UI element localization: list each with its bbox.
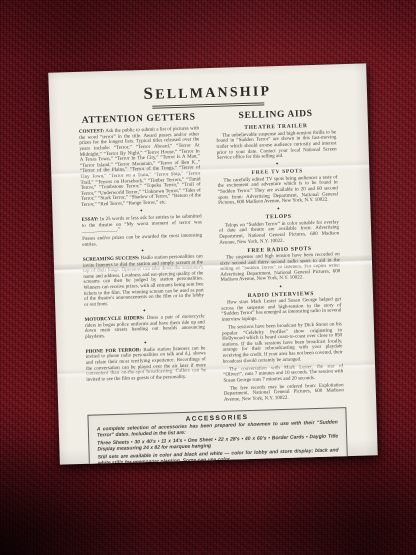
heading-attention-getters: ATTENTION GETTERS [79, 113, 199, 127]
screaming-success-paragraph: SCREAMING SUCCESS: Radio station persona… [83, 254, 204, 308]
page-title: SELLMANSHIP [78, 79, 337, 105]
red-fabric-background: SELLMANSHIP ATTENTION GETTERS CONTEST: A… [0, 0, 416, 555]
essay-note: Passes and/or prizes can be awarded the … [82, 234, 202, 249]
motorcycle-riders-paragraph: MOTORCYCLE RIDERS: Dress a pair of motor… [85, 314, 206, 340]
radio-interviews-paragraph: How stars Mark Lester and Susan George h… [221, 297, 342, 323]
telops-paragraph: Telops on “Sudden Terror” in color suita… [219, 220, 340, 246]
content-columns: ATTENTION GETTERS CONTEST: Ask the publi… [79, 109, 347, 410]
attention-getters-column: ATTENTION GETTERS CONTEST: Ask the publi… [79, 113, 208, 410]
essay-text: In 25 words or less ask for entries to b… [82, 214, 202, 234]
radio-interviews-paragraph: The sessions have been broadcast by Dick… [222, 322, 343, 365]
radio-interviews-paragraph: The free records may be ordered from: Ex… [224, 383, 344, 403]
free-radio-spots-paragraph: The suspense and high tension have been … [220, 252, 341, 284]
contest-text: Ask the public to submit a list of pictu… [79, 127, 201, 208]
page-content: SELLMANSHIP ATTENTION GETTERS CONTEST: A… [48, 63, 377, 464]
contest-paragraph: CONTEST: Ask the public to submit a list… [79, 127, 201, 209]
title-rule [152, 102, 264, 109]
accessories-order-line: Order from your nearest National Screen … [98, 463, 339, 465]
theatre-trailer-paragraph: The unbelievable suspense and high-tensi… [216, 130, 337, 162]
radio-interviews-paragraph: The conversation with Mark Lester, the s… [223, 364, 343, 384]
accessories-box: ACCESSORIES A complete selection of acce… [87, 407, 348, 464]
screaming-success-text: Radio station personalities can invite l… [83, 254, 204, 307]
free-tv-spots-paragraph: The carefully edited TV spots bring audi… [217, 175, 338, 207]
heading-selling-aids: SELLING AIDS [215, 109, 335, 123]
essay-paragraph: ESSAY: In 25 words or less ask for entri… [82, 214, 202, 234]
selling-aids-column: SELLING AIDS THEATRE TRAILER The unbelie… [215, 109, 344, 406]
pressbook-page: SELLMANSHIP ATTENTION GETTERS CONTEST: A… [48, 63, 377, 464]
phone-for-terror-paragraph: PHONE FOR TERROR: Radio station listener… [85, 346, 206, 383]
